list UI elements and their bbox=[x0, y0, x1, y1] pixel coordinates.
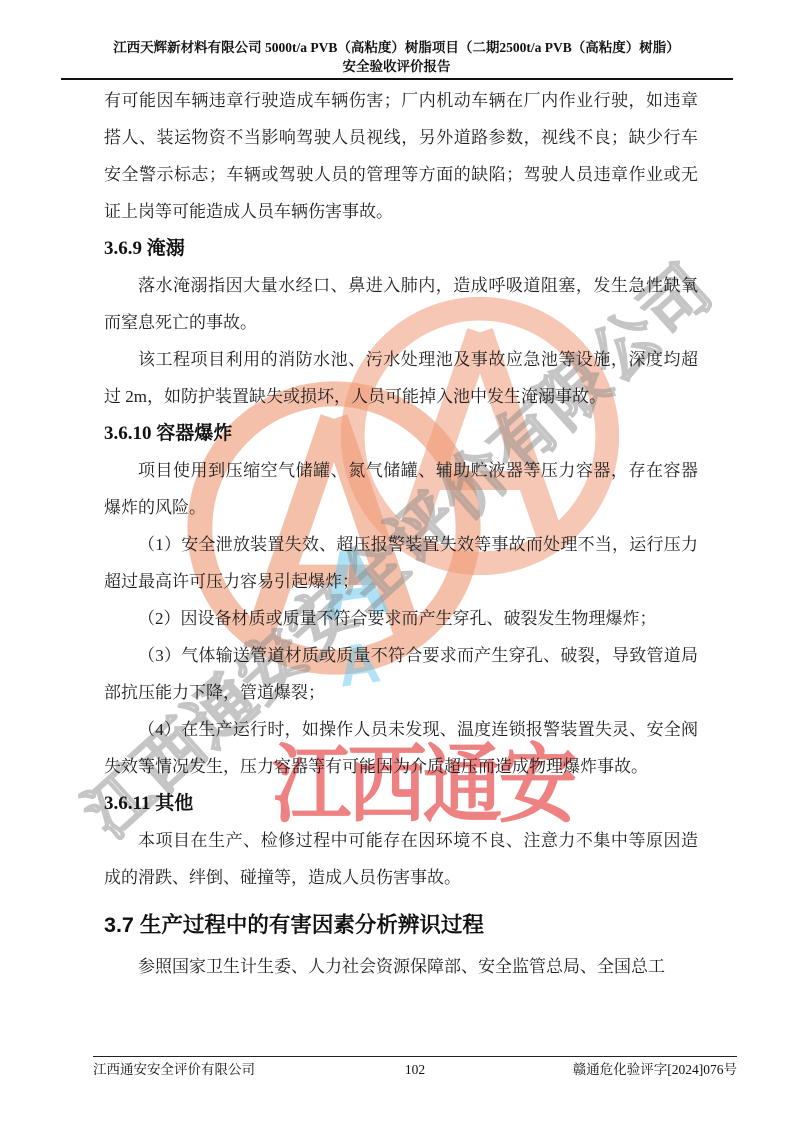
body-paragraph: 落水淹溺指因大量水经口、鼻进入肺内，造成呼吸道阻塞，发生急性缺氧而窒息死亡的事故… bbox=[104, 267, 698, 341]
page-footer: 102 江西通安安全评价有限公司 赣通危化验评字[2024]076号 bbox=[93, 1056, 737, 1078]
body-paragraph: （3）气体输送管道材质或质量不符合要求而产生穿孔、破裂，导致管道局部抗压能力下降… bbox=[104, 637, 698, 711]
page-header: 江西天辉新材料有限公司 5000t/a PVB（高粘度）树脂项目（二期2500t… bbox=[0, 0, 793, 76]
body-paragraph: 该工程项目利用的消防水池、污水处理池及事故应急池等设施，深度均超过 2m，如防护… bbox=[104, 341, 698, 415]
section-heading: 3.6.9 淹溺 bbox=[104, 230, 698, 267]
body-paragraph: （4）在生产运行时，如操作人员未发现、温度连锁报警装置失灵、安全阀失效等情况发生… bbox=[104, 711, 698, 785]
body-paragraph: 有可能因车辆违章行驶造成车辆伤害；厂内机动车辆在厂内作业行驶，如违章搭人、装运物… bbox=[104, 82, 698, 230]
header-title-line1: 江西天辉新材料有限公司 5000t/a PVB（高粘度）树脂项目（二期2500t… bbox=[0, 38, 793, 57]
chapter-heading: 3.7 生产过程中的有害因素分析辨识过程 bbox=[104, 902, 698, 948]
body-paragraph: （2）因设备材质或质量不符合要求而产生穿孔、破裂发生物理爆炸； bbox=[104, 600, 698, 637]
section-heading: 3.6.10 容器爆炸 bbox=[104, 415, 698, 452]
header-rule bbox=[61, 78, 733, 80]
document-content: 江西天辉新材料有限公司 5000t/a PVB（高粘度）树脂项目（二期2500t… bbox=[0, 0, 793, 985]
body-paragraph: 参照国家卫生计生委、人力社会资源保障部、安全监管总局、全国总工 bbox=[104, 948, 698, 985]
header-title-line2: 安全验收评价报告 bbox=[0, 57, 793, 76]
document-body: 有可能因车辆违章行驶造成车辆伤害；厂内机动车辆在厂内作业行驶，如违章搭人、装运物… bbox=[0, 82, 793, 985]
footer-doc-number: 赣通危化验评字[2024]076号 bbox=[573, 1061, 737, 1078]
body-paragraph: 本项目在生产、检修过程中可能存在因环境不良、注意力不集中等原因造成的滑跌、绊倒、… bbox=[104, 822, 698, 896]
body-paragraph: （1）安全泄放装置失效、超压报警装置失效等事故而处理不当，运行压力超过最高许可压… bbox=[104, 526, 698, 600]
footer-company: 江西通安安全评价有限公司 bbox=[93, 1061, 255, 1078]
body-paragraph: 项目使用到压缩空气储罐、氮气储罐、辅助贮液器等压力容器，存在容器爆炸的风险。 bbox=[104, 452, 698, 526]
document-page: A A 江西通安安全评价有限公司 江西通安 江西天辉新材料有限公司 5000t/… bbox=[0, 0, 793, 1122]
section-heading: 3.6.11 其他 bbox=[104, 785, 698, 822]
